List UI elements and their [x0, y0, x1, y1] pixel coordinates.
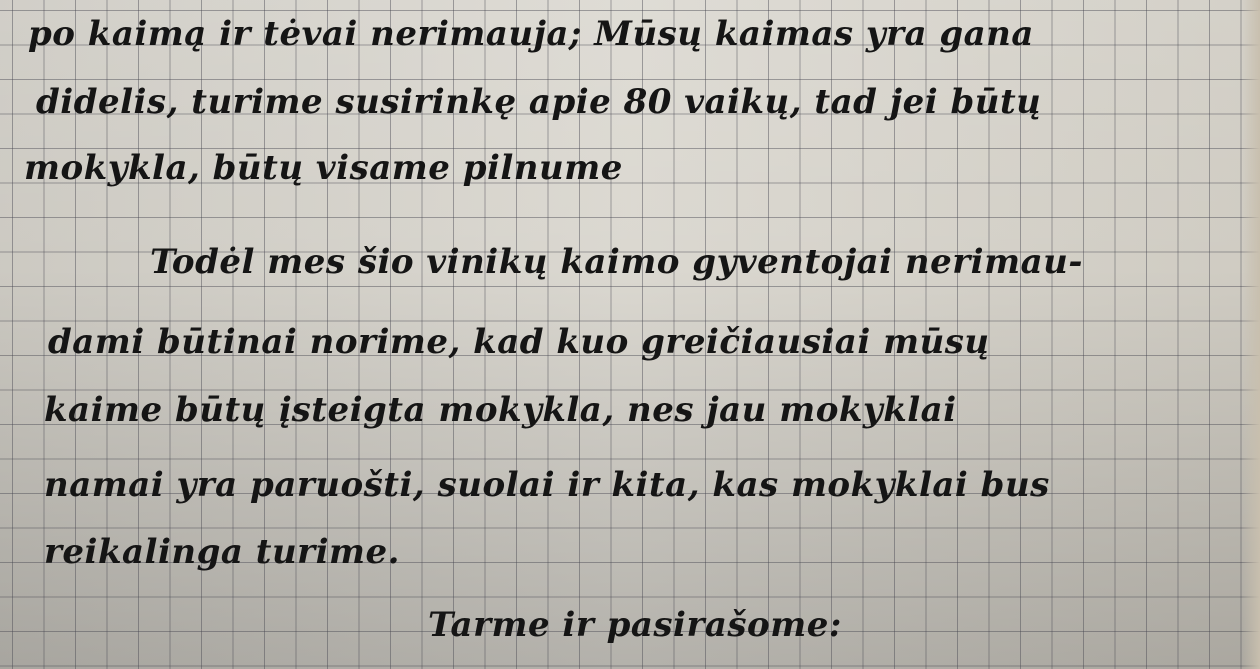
text-line-8: reikalinga turime.: [44, 532, 400, 572]
text-line-1: po kaimą ir tėvai nerimauja; Mūsų kaimas…: [28, 14, 1034, 54]
signature-heading: Tarme ir pasirašome:: [428, 605, 842, 645]
text-line-3: mokykla, būtų visame pilnume: [24, 148, 623, 188]
document-page: po kaimą ir tėvai nerimauja; Mūsų kaimas…: [0, 0, 1260, 669]
text-line-6: kaime būtų įsteigta mokykla, nes jau mok…: [44, 390, 957, 430]
text-line-7: namai yra paruošti, suolai ir kita, kas …: [44, 465, 1050, 505]
text-line-4-paragraph-start: Todėl mes šio vinikų kaimo gyventojai ne…: [150, 242, 1083, 282]
text-line-2: didelis, turime susirinkę apie 80 vaikų,…: [36, 82, 1041, 122]
paper-edge: [1242, 0, 1260, 669]
text-line-5: dami būtinai norime, kad kuo greičiausia…: [48, 322, 990, 362]
